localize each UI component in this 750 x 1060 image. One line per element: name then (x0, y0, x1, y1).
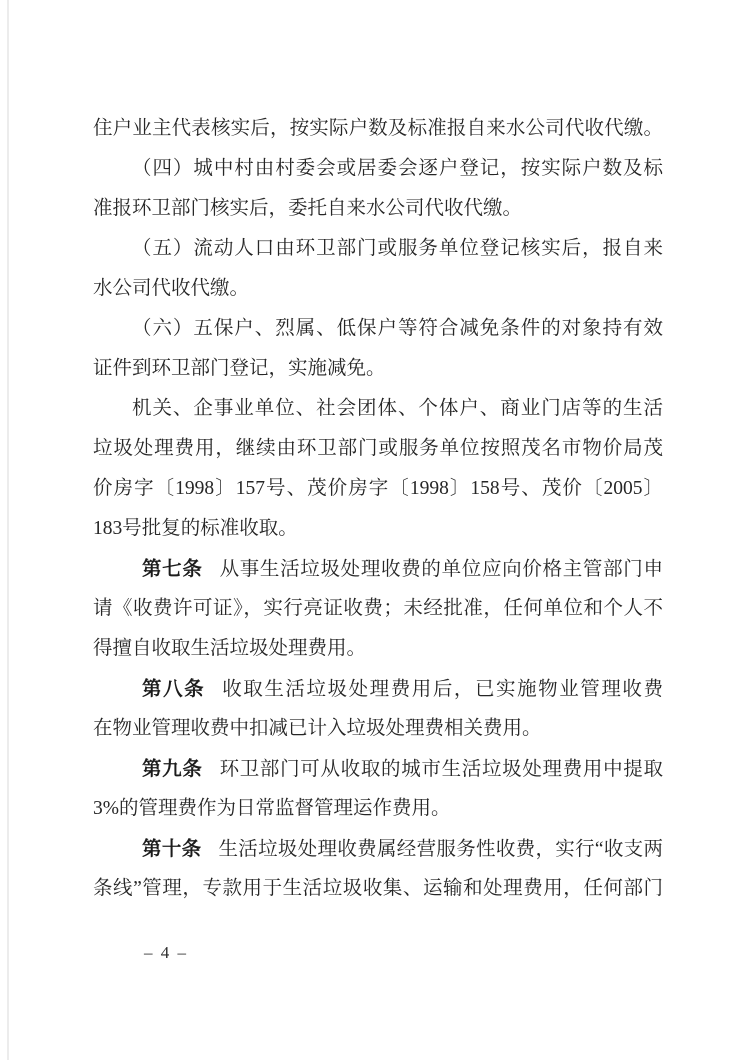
text-line: 请《收费许可证》，实行亮证收费；未经批准，任何单位和个人不 (93, 589, 663, 629)
text-line: 得擅自收取生活垃圾处理费用。 (93, 629, 663, 669)
article-number: 第九条 (142, 758, 203, 780)
text-line: 住户业主代表核实后，按实际户数及标准报自来水公司代收代缴。 (93, 109, 663, 149)
text-line: 机关、企事业单位、社会团体、个体户、商业门店等的生活 (93, 389, 663, 429)
scan-edge-artifact (7, 0, 9, 1060)
page-number: – 4 – (138, 942, 194, 964)
text-line: 183号批复的标准收取。 (93, 509, 663, 549)
text-line: 水公司代收代缴。 (93, 269, 663, 309)
text-line: 价房字〔1998〕157号、茂价房字〔1998〕158号、茂价〔2005〕 (93, 469, 663, 509)
article-number: 第七条 (142, 558, 203, 580)
document-body: 住户业主代表核实后，按实际户数及标准报自来水公司代收代缴。（四）城中村由村委会或… (93, 109, 663, 909)
text-line: 3%的管理费作为日常监督管理运作费用。 (93, 789, 663, 829)
text-line: 第八条收取生活垃圾处理费用后，已实施物业管理收费的， (93, 669, 663, 709)
text-line: 垃圾处理费用，继续由环卫部门或服务单位按照茂名市物价局茂 (93, 429, 663, 469)
text-line: （四）城中村由村委会或居委会逐户登记，按实际户数及标 (93, 149, 663, 189)
text-line: （六）五保户、烈属、低保户等符合减免条件的对象持有效 (93, 309, 663, 349)
text-line: 条线”管理，专款用于生活垃圾收集、运输和处理费用，任何部门 (93, 869, 663, 909)
text-line: 准报环卫部门核实后，委托自来水公司代收代缴。 (93, 189, 663, 229)
article-number: 第八条 (142, 678, 205, 700)
text-line: 证件到环卫部门登记，实施减免。 (93, 349, 663, 389)
article-number: 第十条 (142, 838, 201, 860)
text-line: 第十条生活垃圾处理收费属经营服务性收费，实行“收支两 (93, 829, 663, 869)
text-line: 第九条环卫部门可从收取的城市生活垃圾处理费用中提取 (93, 749, 663, 789)
text-line: （五）流动人口由环卫部门或服务单位登记核实后，报自来 (93, 229, 663, 269)
text-line: 第七条从事生活垃圾处理收费的单位应向价格主管部门申 (93, 549, 663, 589)
text-line: 在物业管理收费中扣减已计入垃圾处理费相关费用。 (93, 709, 663, 749)
document-page: 住户业主代表核实后，按实际户数及标准报自来水公司代收代缴。（四）城中村由村委会或… (0, 0, 750, 1060)
